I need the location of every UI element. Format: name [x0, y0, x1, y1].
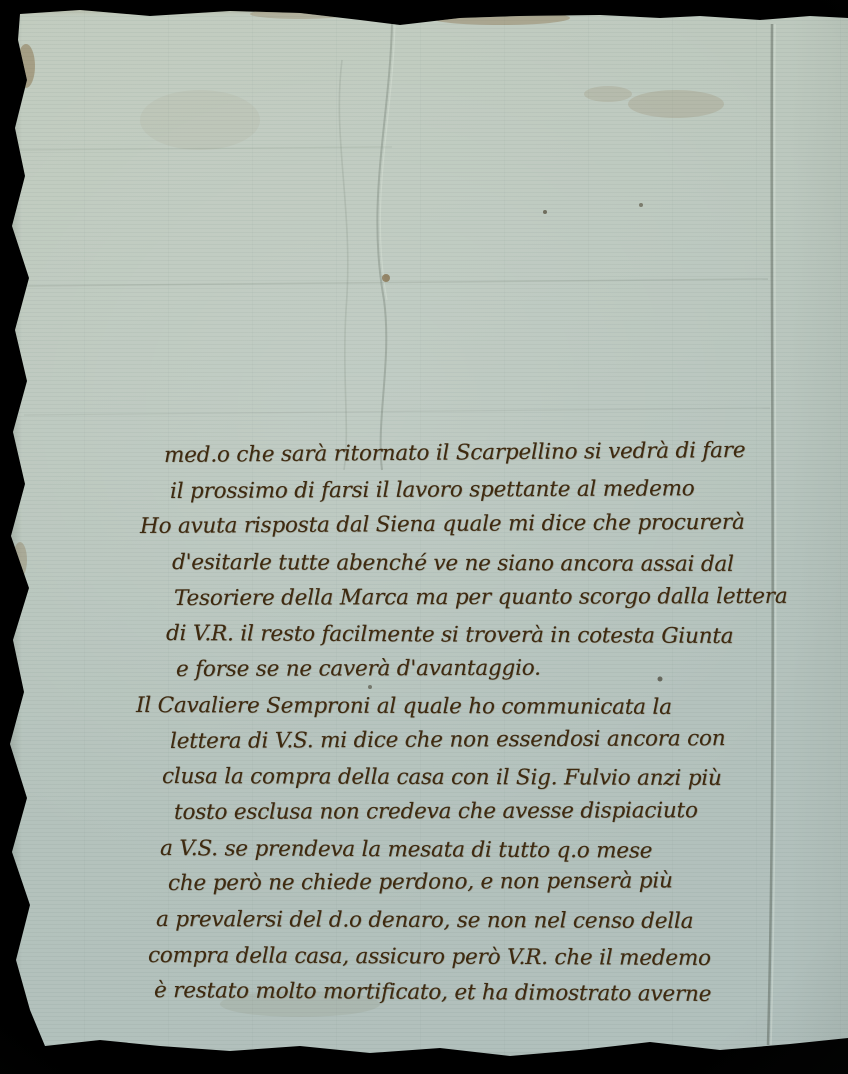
- manuscript-line: il prossimo di farsi il lavoro spettante…: [170, 471, 752, 510]
- manuscript-line: a prevalersi del d.o denaro, se non nel …: [156, 902, 752, 940]
- manuscript-line: clusa la compra della casa con il Sig. F…: [162, 759, 752, 797]
- manuscript-line: tosto esclusa non credeva che avesse dis…: [174, 793, 752, 831]
- scanned-page-background: med.o che sarà ritornato il Scarpellino …: [0, 0, 848, 1074]
- manuscript-line: d'esitarle tutte abenché ve ne siano anc…: [172, 545, 752, 583]
- manuscript-paper-sheet: med.o che sarà ritornato il Scarpellino …: [0, 0, 848, 1074]
- manuscript-line: è restato molto mortificato, et ha dimos…: [154, 973, 752, 1013]
- handwritten-text-block: med.o che sarà ritornato il Scarpellino …: [152, 438, 752, 1009]
- manuscript-line: lettera di V.S. mi dice che non essendos…: [170, 720, 752, 759]
- manuscript-line: Ho avuta risposta dal Siena quale mi dic…: [140, 505, 752, 545]
- manuscript-line: med.o che sarà ritornato il Scarpellino …: [164, 433, 752, 474]
- manuscript-line: Il Cavaliere Semproni al quale ho commun…: [136, 688, 752, 726]
- manuscript-line: e forse se ne caverà d'avantaggio.: [176, 650, 752, 688]
- manuscript-line: che però ne chiede perdono, e non penser…: [168, 863, 752, 902]
- manuscript-line: compra della casa, assicuro però V.R. ch…: [148, 938, 752, 977]
- manuscript-line: Tesoriere della Marca ma per quanto scor…: [174, 579, 752, 617]
